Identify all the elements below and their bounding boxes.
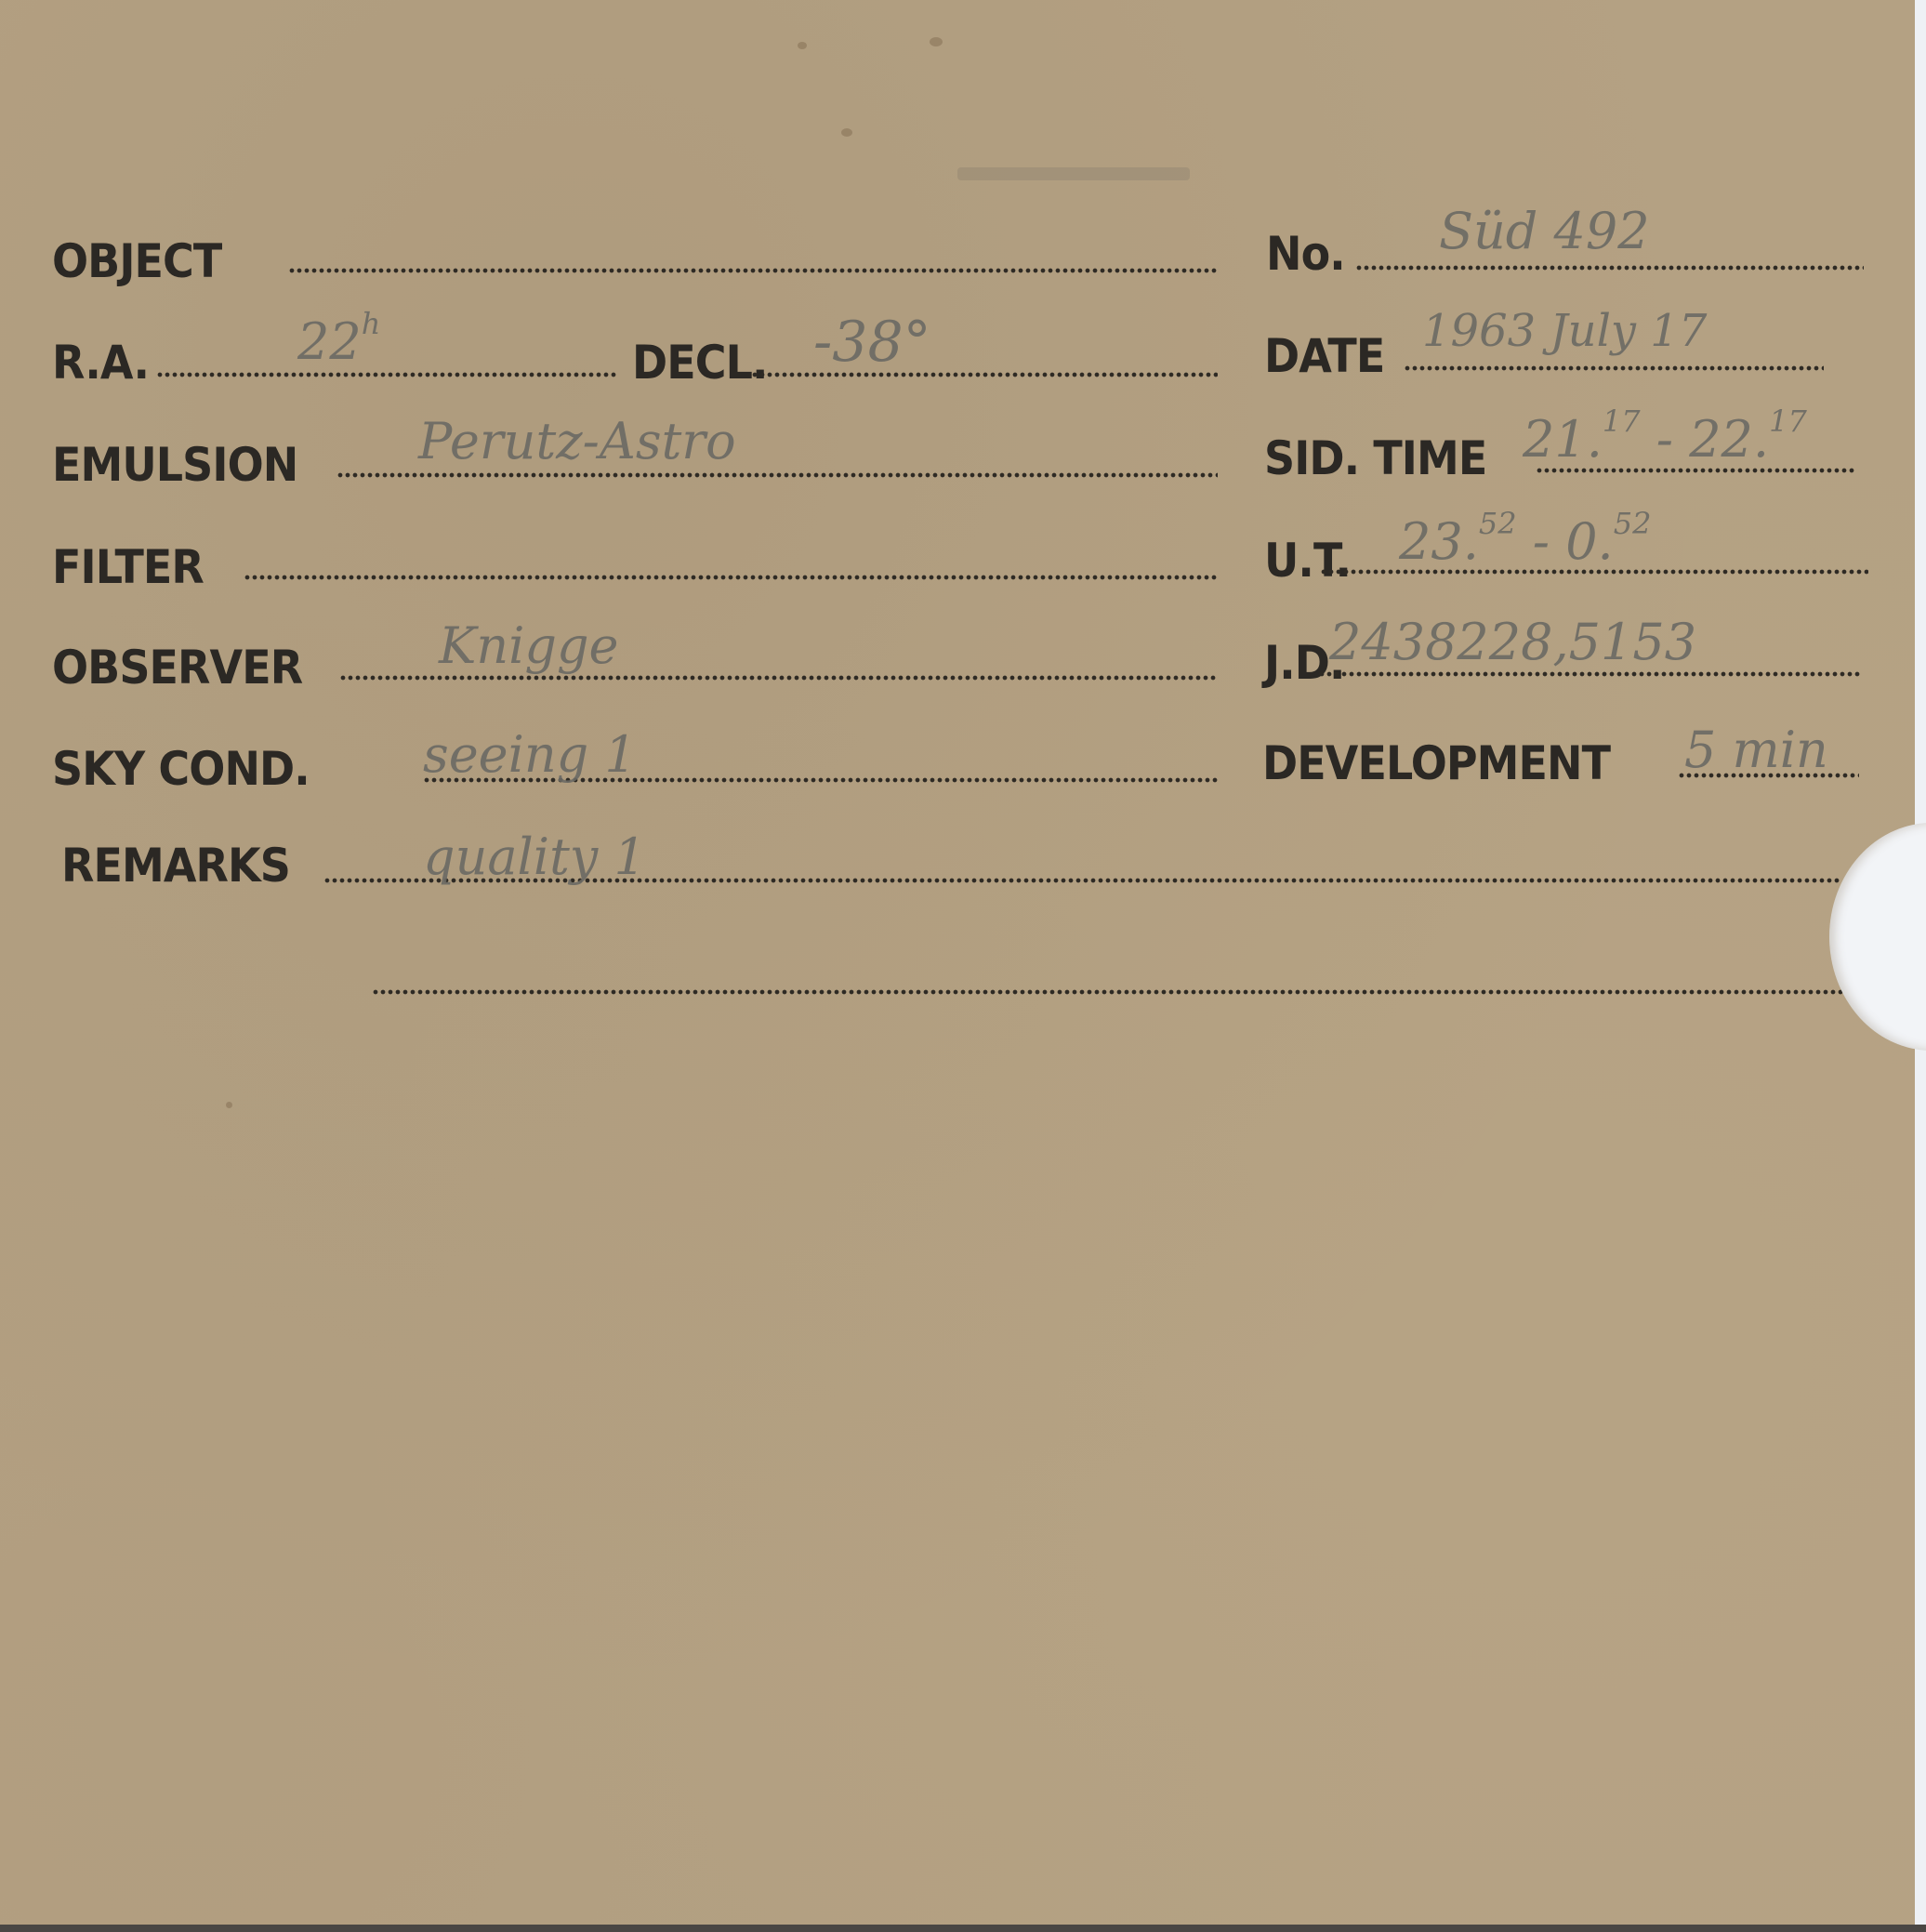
- stain: [226, 1102, 232, 1108]
- emulsion-value: Perutz-Astro: [418, 417, 736, 467]
- ra-field[interactable]: [156, 372, 618, 377]
- emulsion-label: EMULSION: [52, 442, 297, 488]
- remarks-extra-line[interactable]: [372, 989, 1845, 995]
- remarks-value: quality 1: [423, 832, 646, 882]
- decl-value: -38°: [813, 314, 931, 370]
- no-label: No.: [1266, 231, 1345, 277]
- remarks-label: REMARKS: [61, 842, 290, 889]
- no-value: Süd 492: [1439, 206, 1650, 257]
- ut-value: 23.52 - 0.52: [1399, 516, 1651, 567]
- observer-field[interactable]: [339, 675, 1218, 681]
- stain: [930, 37, 943, 46]
- ra-label: R.A.: [52, 339, 149, 386]
- filter-field[interactable]: [244, 575, 1218, 580]
- sid-time-label: SID. TIME: [1264, 435, 1486, 482]
- plate-envelope: OBJECT R.A. 22h DECL. -38° EMULSION Peru…: [0, 0, 1915, 1925]
- emulsion-field[interactable]: [336, 472, 1218, 478]
- ut-label: U.T.: [1264, 537, 1351, 584]
- date-label: DATE: [1264, 333, 1384, 379]
- jd-field[interactable]: [1318, 671, 1862, 677]
- sky-cond-label: SKY COND.: [52, 746, 310, 792]
- object-field[interactable]: [288, 268, 1218, 273]
- filter-label: FILTER: [52, 544, 204, 590]
- ra-value: 22h: [297, 316, 380, 367]
- observer-value: Knigge: [439, 621, 618, 671]
- scan-bottom-edge: [0, 1925, 1926, 1932]
- development-value: 5 min: [1684, 725, 1828, 775]
- sid-time-value: 21.17 - 22.17: [1523, 414, 1807, 465]
- object-label: OBJECT: [52, 238, 221, 285]
- stain: [841, 128, 852, 137]
- no-field[interactable]: [1355, 265, 1864, 271]
- date-field[interactable]: [1404, 365, 1824, 371]
- jd-value: 2438228,5153: [1329, 617, 1696, 668]
- date-value: 1963 July 17: [1422, 309, 1707, 353]
- development-label: DEVELOPMENT: [1262, 740, 1610, 787]
- sky-cond-value: seeing 1: [423, 730, 637, 780]
- pencil-smudge: [957, 167, 1190, 180]
- observer-label: OBSERVER: [52, 644, 302, 691]
- decl-label: DECL.: [632, 339, 768, 386]
- stain: [798, 42, 807, 49]
